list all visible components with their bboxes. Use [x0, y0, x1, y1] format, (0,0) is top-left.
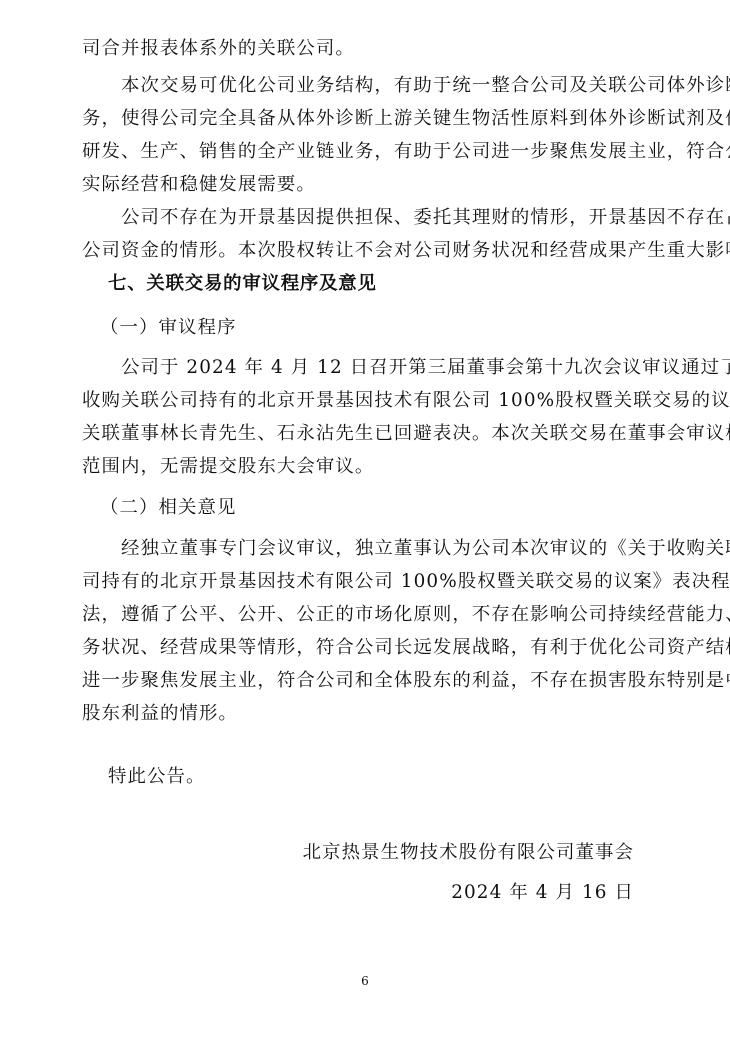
closing-statement: 特此公告。 [108, 766, 660, 788]
paragraph-line: 股东利益的情形。 [82, 703, 634, 725]
paragraph-line: 实际经营和稳健发展需要。 [82, 174, 634, 196]
subheading-review-procedure: （一）审议程序 [100, 317, 652, 339]
paragraph-line: 公司资金的情形。本次股权转让不会对公司财务状况和经营成果产生重大影响。 [82, 240, 634, 262]
paragraph-line: 务，使得公司完全具备从体外诊断上游关键生物活性原料到体外诊断试剂及仪器 [82, 108, 634, 130]
page-number: 6 [0, 974, 730, 988]
paragraph-line: 本次交易可优化公司业务结构，有助于统一整合公司及关联公司体外诊断业 [121, 75, 634, 97]
paragraph-line: 司合并报表体系外的关联公司。 [82, 38, 634, 60]
signature-date: 2024 年 4 月 16 日 [451, 882, 634, 904]
paragraph-line: 公司不存在为开景基因提供担保、委托其理财的情形，开景基因不存在占用 [121, 207, 634, 229]
paragraph-line: 公司于 2024 年 4 月 12 日召开第三届董事会第十九次会议审议通过了《关… [121, 357, 634, 379]
subheading-related-opinions: （二）相关意见 [100, 497, 652, 519]
document-page: 司合并报表体系外的关联公司。 本次交易可优化公司业务结构，有助于统一整合公司及关… [0, 0, 730, 1053]
paragraph-line: 关联董事林长青先生、石永沾先生已回避表决。本次关联交易在董事会审议权限 [82, 423, 634, 445]
paragraph-line: 收购关联公司持有的北京开景基因技术有限公司 100%股权暨关联交易的议案》， [82, 390, 634, 412]
section-heading: 七、关联交易的审议程序及意见 [108, 273, 660, 295]
paragraph-line: 务状况、经营成果等情形，符合公司长远发展战略，有利于优化公司资产结构， [82, 637, 634, 659]
paragraph-line: 司持有的北京开景基因技术有限公司 100%股权暨关联交易的议案》表决程序合 [82, 571, 634, 593]
paragraph-line: 经独立董事专门会议审议，独立董事认为公司本次审议的《关于收购关联公 [121, 538, 634, 560]
paragraph-line: 研发、生产、销售的全产业链业务，有助于公司进一步聚焦发展主业，符合公司 [82, 141, 634, 163]
paragraph-line: 法，遵循了公平、公开、公正的市场化原则，不存在影响公司持续经营能力、财 [82, 604, 634, 626]
paragraph-line: 进一步聚焦发展主业，符合公司和全体股东的利益，不存在损害股东特别是中小 [82, 670, 634, 692]
paragraph-line: 范围内，无需提交股东大会审议。 [82, 456, 634, 478]
signature-organization: 北京热景生物技术股份有限公司董事会 [303, 842, 634, 864]
